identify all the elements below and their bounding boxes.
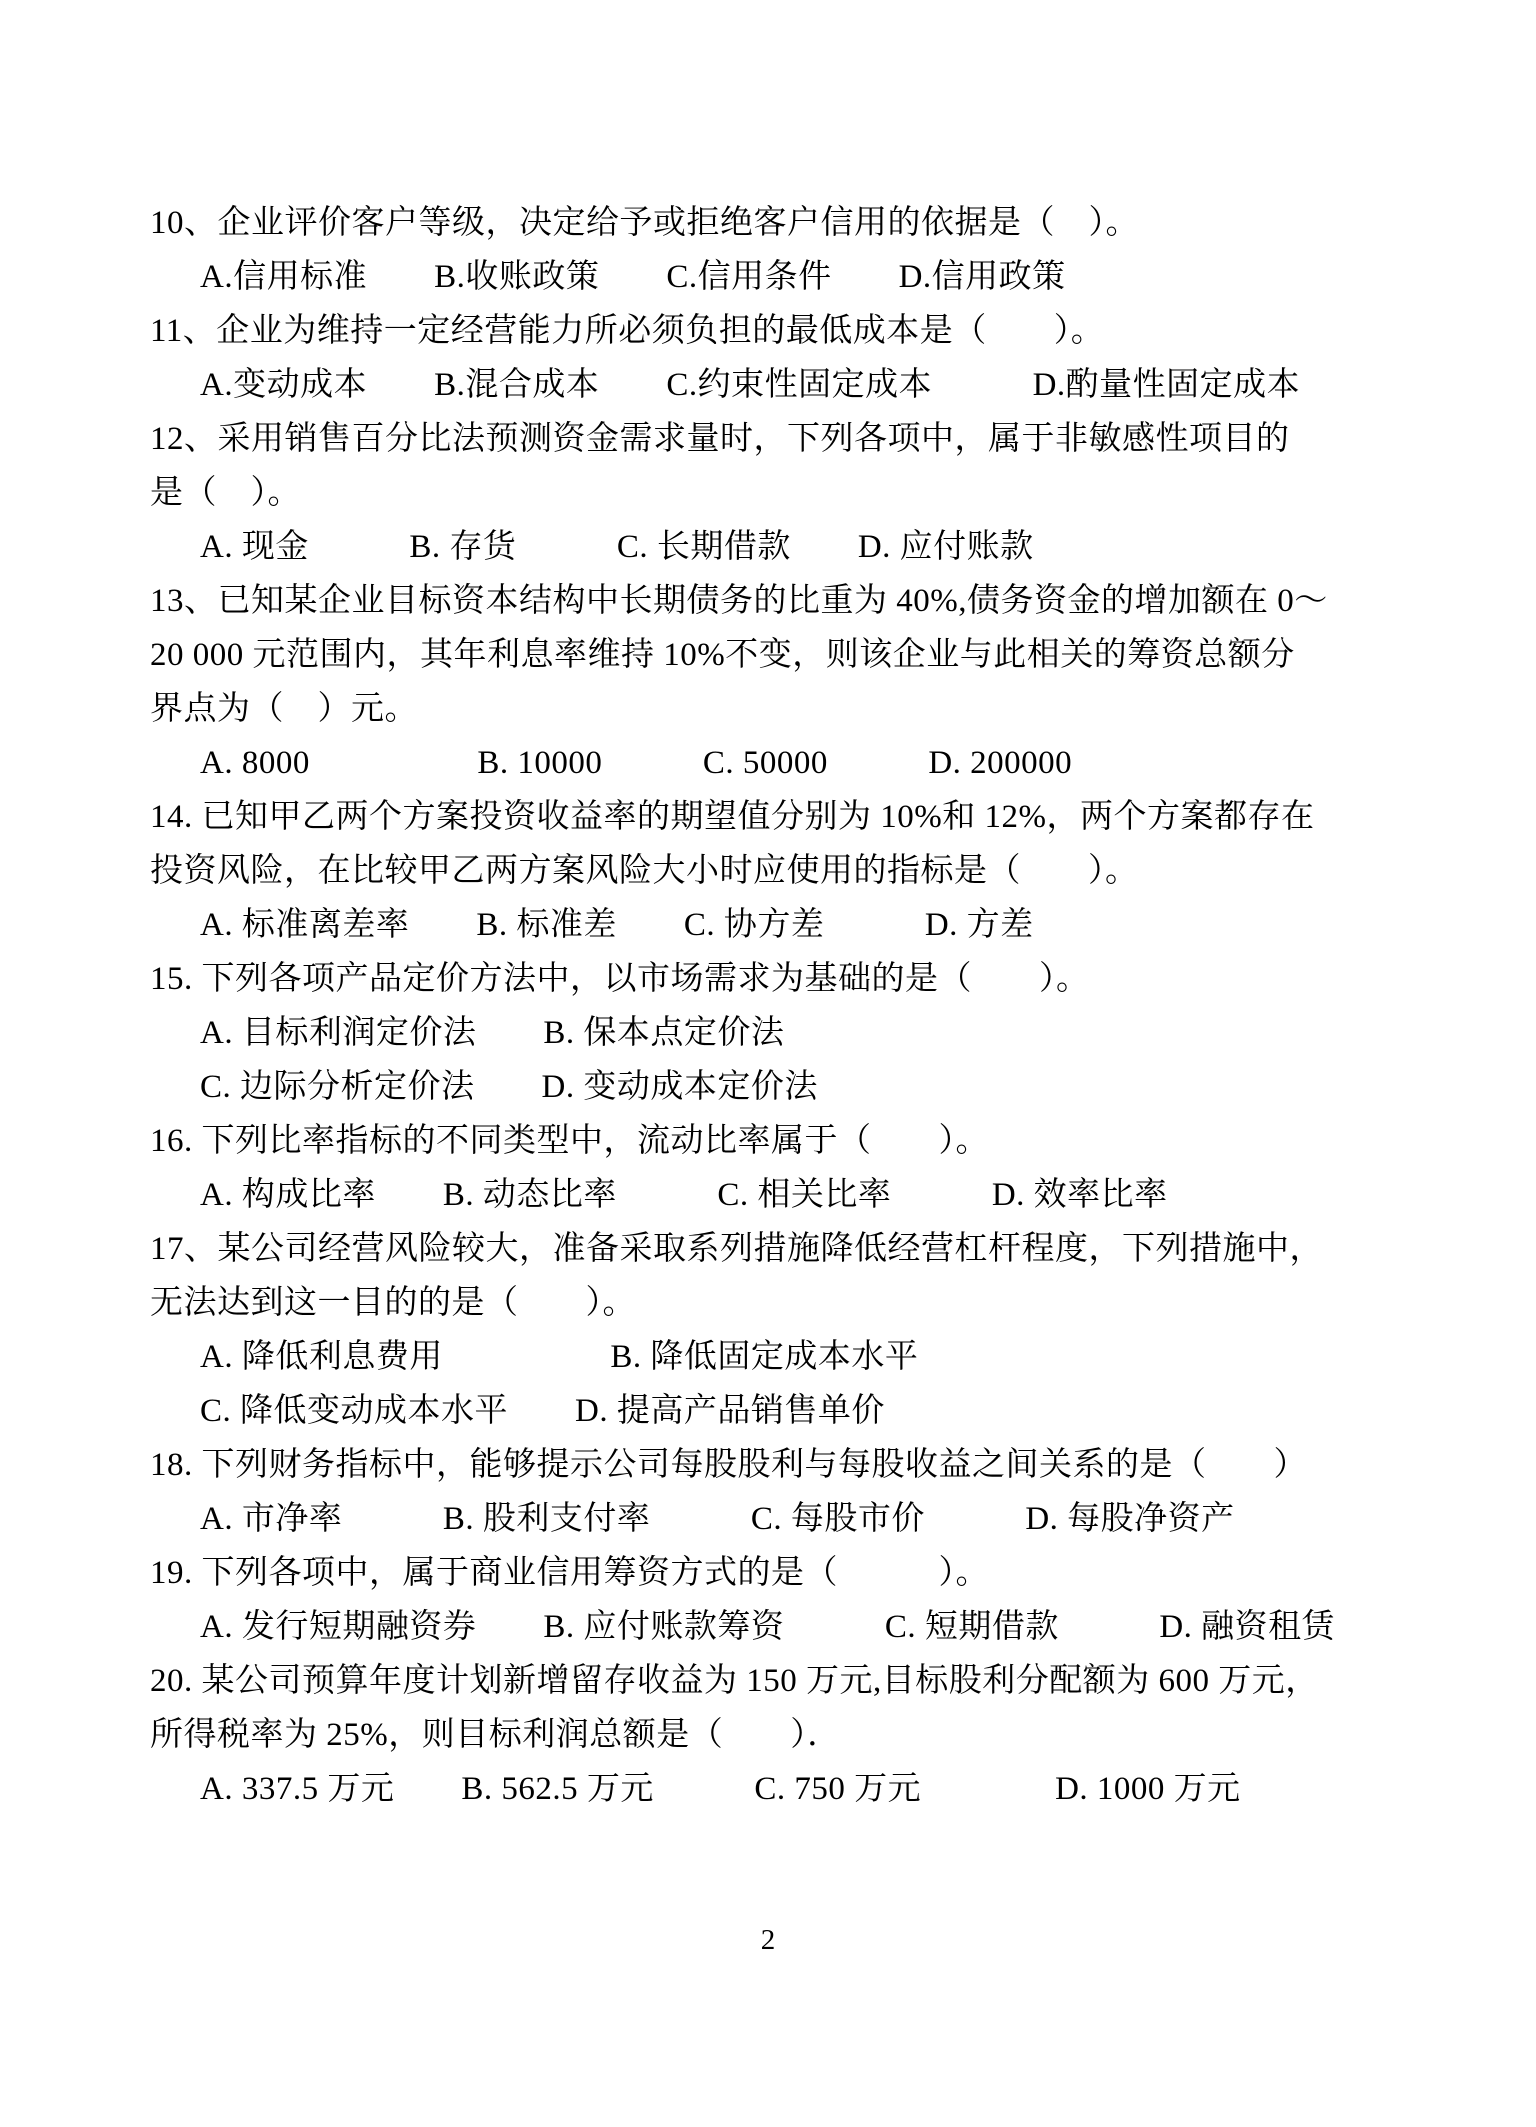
question-19-stem-line-1: 19. 下列各项中，属于商业信用筹资方式的是（ ）。 bbox=[150, 1546, 1400, 1600]
question-13-options-row-1: A. 8000 B. 10000 C. 50000 D. 200000 bbox=[150, 736, 1400, 790]
question-10: 10、企业评价客户等级，决定给予或拒绝客户信用的依据是（ ）。A.信用标准 B.… bbox=[150, 196, 1400, 304]
question-10-options-row-1: A.信用标准 B.收账政策 C.信用条件 D.信用政策 bbox=[150, 250, 1400, 304]
question-16: 16. 下列比率指标的不同类型中，流动比率属于（ ）。A. 构成比率 B. 动态… bbox=[150, 1114, 1400, 1222]
question-16-stem-line-1: 16. 下列比率指标的不同类型中，流动比率属于（ ）。 bbox=[150, 1114, 1400, 1168]
question-13-stem-line-1: 13、已知某企业目标资本结构中长期债务的比重为 40%,债务资金的增加额在 0～ bbox=[150, 574, 1400, 628]
question-11-stem-line-1: 11、企业为维持一定经营能力所必须负担的最低成本是（ ）。 bbox=[150, 304, 1400, 358]
question-17-stem-line-1: 17、某公司经营风险较大，准备采取系列措施降低经营杠杆程度，下列措施中， bbox=[150, 1222, 1400, 1276]
question-13: 13、已知某企业目标资本结构中长期债务的比重为 40%,债务资金的增加额在 0～… bbox=[150, 574, 1400, 790]
question-14-stem-line-1: 14. 已知甲乙两个方案投资收益率的期望值分别为 10%和 12%，两个方案都存… bbox=[150, 790, 1400, 844]
question-11: 11、企业为维持一定经营能力所必须负担的最低成本是（ ）。A.变动成本 B.混合… bbox=[150, 304, 1400, 412]
question-13-stem-line-2: 20 000 元范围内，其年利息率维持 10%不变，则该企业与此相关的筹资总额分 bbox=[150, 628, 1400, 682]
question-14: 14. 已知甲乙两个方案投资收益率的期望值分别为 10%和 12%，两个方案都存… bbox=[150, 790, 1400, 952]
question-15: 15. 下列各项产品定价方法中，以市场需求为基础的是（ ）。A. 目标利润定价法… bbox=[150, 952, 1400, 1114]
question-10-stem-line-1: 10、企业评价客户等级，决定给予或拒绝客户信用的依据是（ ）。 bbox=[150, 196, 1400, 250]
question-17: 17、某公司经营风险较大，准备采取系列措施降低经营杠杆程度，下列措施中，无法达到… bbox=[150, 1222, 1400, 1438]
question-16-options-row-1: A. 构成比率 B. 动态比率 C. 相关比率 D. 效率比率 bbox=[150, 1168, 1400, 1222]
question-20-options-row-1: A. 337.5 万元 B. 562.5 万元 C. 750 万元 D. 100… bbox=[150, 1762, 1400, 1816]
exam-page: 10、企业评价客户等级，决定给予或拒绝客户信用的依据是（ ）。A.信用标准 B.… bbox=[0, 0, 1536, 2127]
question-20-stem-line-2: 所得税率为 25%，则目标利润总额是（ ）． bbox=[150, 1708, 1400, 1762]
page-number: 2 bbox=[0, 1922, 1536, 1958]
question-13-stem-line-3: 界点为（ ）元。 bbox=[150, 682, 1400, 736]
question-17-stem-line-2: 无法达到这一目的的是（ ）。 bbox=[150, 1276, 1400, 1330]
question-17-options-row-2: C. 降低变动成本水平 D. 提高产品销售单价 bbox=[150, 1384, 1400, 1438]
question-12: 12、采用销售百分比法预测资金需求量时，下列各项中，属于非敏感性项目的是（ ）。… bbox=[150, 412, 1400, 574]
question-18: 18. 下列财务指标中，能够提示公司每股股利与每股收益之间关系的是（ ）A. 市… bbox=[150, 1438, 1400, 1546]
question-19-options-row-1: A. 发行短期融资券 B. 应付账款筹资 C. 短期借款 D. 融资租赁 bbox=[150, 1600, 1400, 1654]
question-12-stem-line-1: 12、采用销售百分比法预测资金需求量时，下列各项中，属于非敏感性项目的 bbox=[150, 412, 1400, 466]
question-15-stem-line-1: 15. 下列各项产品定价方法中，以市场需求为基础的是（ ）。 bbox=[150, 952, 1400, 1006]
question-20-stem-line-1: 20. 某公司预算年度计划新增留存收益为 150 万元,目标股利分配额为 600… bbox=[150, 1654, 1400, 1708]
question-11-options-row-1: A.变动成本 B.混合成本 C.约束性固定成本 D.酌量性固定成本 bbox=[150, 358, 1400, 412]
question-12-stem-line-2: 是（ ）。 bbox=[150, 466, 1400, 520]
question-18-stem-line-1: 18. 下列财务指标中，能够提示公司每股股利与每股收益之间关系的是（ ） bbox=[150, 1438, 1400, 1492]
question-17-options-row-1: A. 降低利息费用 B. 降低固定成本水平 bbox=[150, 1330, 1400, 1384]
question-19: 19. 下列各项中，属于商业信用筹资方式的是（ ）。A. 发行短期融资券 B. … bbox=[150, 1546, 1400, 1654]
question-15-options-row-2: C. 边际分析定价法 D. 变动成本定价法 bbox=[150, 1060, 1400, 1114]
question-14-stem-line-2: 投资风险，在比较甲乙两方案风险大小时应使用的指标是（ ）。 bbox=[150, 844, 1400, 898]
question-12-options-row-1: A. 现金 B. 存货 C. 长期借款 D. 应付账款 bbox=[150, 520, 1400, 574]
question-18-options-row-1: A. 市净率 B. 股利支付率 C. 每股市价 D. 每股净资产 bbox=[150, 1492, 1400, 1546]
question-20: 20. 某公司预算年度计划新增留存收益为 150 万元,目标股利分配额为 600… bbox=[150, 1654, 1400, 1816]
question-15-options-row-1: A. 目标利润定价法 B. 保本点定价法 bbox=[150, 1006, 1400, 1060]
question-14-options-row-1: A. 标准离差率 B. 标准差 C. 协方差 D. 方差 bbox=[150, 898, 1400, 952]
questions-list: 10、企业评价客户等级，决定给予或拒绝客户信用的依据是（ ）。A.信用标准 B.… bbox=[150, 196, 1400, 1816]
